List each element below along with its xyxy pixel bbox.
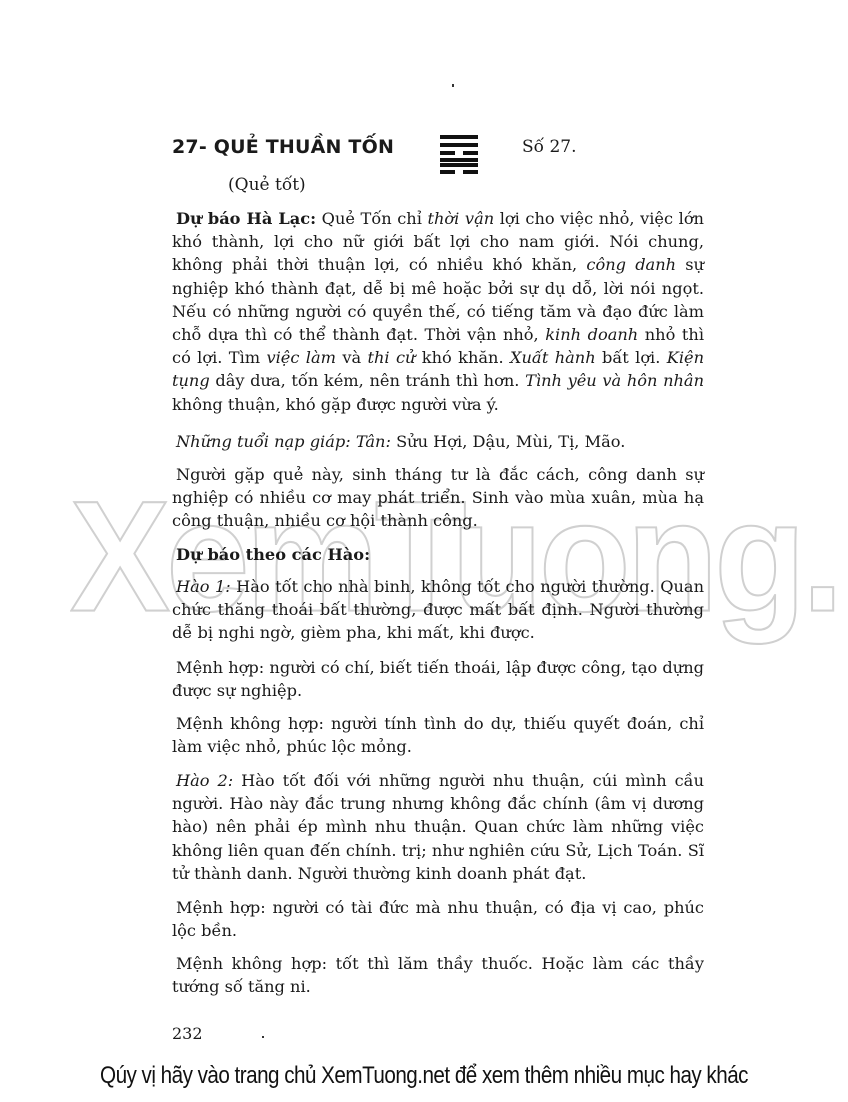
scan-speck [262, 1036, 264, 1038]
birth-paragraph: Người gặp quẻ này, sinh tháng tư là đắc … [172, 463, 704, 533]
page-number: 232 [172, 1024, 203, 1043]
nap-giap-label: Những tuổi nạp giáp: Tân: [176, 432, 391, 451]
hao2-menh-khong-hop: Mệnh không hợp: tốt thì lăm thầy thuốc. … [172, 952, 704, 998]
ha-lac-label: Dự báo Hà Lạc: [176, 209, 316, 228]
hao2-menh-hop: Mệnh hợp: người có tài đức mà nhu thuận,… [172, 896, 704, 942]
scan-speck [452, 84, 454, 87]
hao2-label: Hào 2: [176, 771, 233, 790]
hao2-paragraph: Hào 2: Hào tốt đối với những người nhu t… [172, 769, 704, 885]
hao1-menh-hop: Mệnh hợp: người có chí, biết tiến thoái,… [172, 656, 704, 702]
chapter-title: 27- QUẺ THUẦN TỐN [172, 136, 394, 158]
hexagram-number: Số 27. [522, 137, 577, 157]
chapter-header: 27- QUẺ THUẦN TỐN Số 27. [172, 133, 692, 173]
book-page: XemTuong.net 27- QUẺ THUẦN TỐN Số 27. (Q… [0, 0, 848, 1102]
hao1-menh-khong-hop: Mệnh không hợp: người tính tình do dự, t… [172, 712, 704, 758]
hao-heading: Dự báo theo các Hào: [172, 543, 704, 566]
subtitle: (Quẻ tốt) [228, 175, 306, 195]
footer-banner: Qúy vị hãy vào trang chủ XemTuong.net để… [59, 1062, 788, 1090]
ha-lac-paragraph: Dự báo Hà Lạc: Quẻ Tốn chỉ thời vận lợi … [172, 207, 704, 416]
hexagram-icon [440, 133, 478, 173]
hao1-paragraph: Hào 1: Hào tốt cho nhà binh, không tốt c… [172, 575, 704, 645]
hao1-label: Hào 1: [176, 577, 231, 596]
nap-giap-line: Những tuổi nạp giáp: Tân: Sửu Hợi, Dậu, … [172, 430, 704, 453]
